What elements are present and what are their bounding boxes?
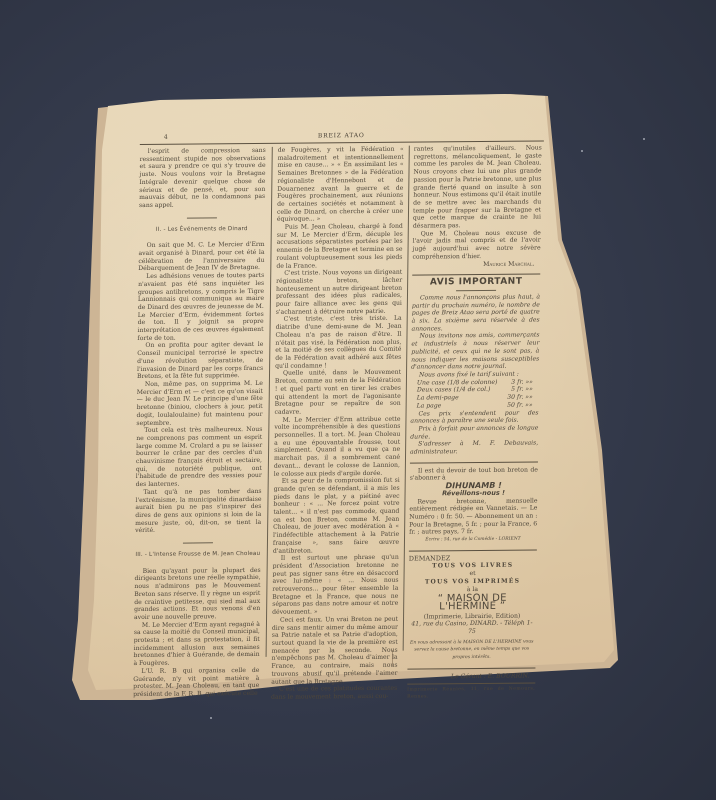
column-2: de Fougères, y vit la Fédération « malad… — [271, 146, 404, 702]
paragraph: Tant qu'à ne pas tomber dans l'extrémism… — [135, 488, 262, 535]
dust-speck — [581, 150, 583, 152]
avis-note: S'adresser à M. F. Debauvais, administra… — [410, 440, 538, 457]
dihunamb-address: Écrire : 54, rue de la Comédie - LORIENT — [409, 536, 537, 545]
box-rule — [407, 667, 535, 669]
paragraph: On en profita pour agiter devant le Cons… — [137, 341, 263, 381]
avis-paragraph: Comme nous l'annonçons plus haut, à part… — [412, 293, 540, 333]
hermine-advert: DEMANDEZ TOUS VOS LIVRES et TOUS VOS IMP… — [408, 554, 537, 662]
rate-item: La page — [417, 402, 442, 410]
gerant-line: Le Gérant : E. BOURRIN. — [407, 672, 529, 681]
author-signature: Maurice Marchal. — [412, 260, 534, 269]
rate-price: 3 fr. »» — [511, 378, 533, 386]
paragraph: de Fougères, y vit la Fédération « malad… — [277, 146, 404, 224]
page-header: 4 BREIZ ATAO — [140, 126, 544, 145]
paragraph: Non, même pas, on supprima M. Le Mercier… — [136, 380, 263, 427]
paragraph: rantes qu'inutiles d'ailleurs. Nous regr… — [413, 144, 542, 230]
column-1: l'esprit de compression sans ressentimen… — [133, 147, 266, 699]
paragraph: Puis M. Jean Choleau, chargé à fond sur … — [276, 223, 403, 270]
rate-item: La demi-page — [417, 394, 459, 402]
rate-price: 5 fr. »» — [511, 386, 533, 394]
paragraph: Il est surtout une phrase qu'un présiden… — [272, 554, 399, 617]
paragraph: M. Le Mercier d'Erm ayant regagné à sa c… — [133, 621, 260, 668]
hermine-note: En vous adressant à la MAISON DE L'HERMI… — [408, 638, 536, 662]
section-title: III. - L'Intense Frousse de M. Jean Chol… — [135, 551, 261, 560]
paragraph: M. Le Mercier d'Erm attribue cette volte… — [274, 415, 401, 478]
paragraph: Bien qu'ayant pour la plupart des dirige… — [134, 567, 261, 622]
paragraph: C'est triste, c'est très triste. La diat… — [275, 315, 402, 370]
avis-note: Ces prix s'entendent pour des annonces à… — [410, 409, 538, 426]
paragraph: On sait que M. C. Le Mercier d'Erm avait… — [138, 241, 264, 273]
dihunamb-advert: Il est du devoir de tout bon breton de s… — [409, 466, 538, 544]
avis-important-box: AVIS IMPORTANT Comme nous l'annonçons pl… — [410, 279, 540, 457]
box-rule — [412, 274, 540, 276]
avis-paragraph: Nous invitons nos amis, commerçants et i… — [411, 332, 539, 372]
paragraph: C'est une de ces platitudes courantes da… — [271, 685, 397, 702]
hermine-line-imprimes: TOUS VOS IMPRIMÉS — [408, 577, 536, 586]
avis-title: AVIS IMPORTANT — [412, 279, 540, 288]
dihunamb-body: Revue bretonne, mensuelle entièrement ré… — [409, 497, 537, 537]
newspaper-sheet: 4 BREIZ ATAO l'esprit de compression san… — [0, 0, 716, 800]
paragraph: Ceci est faux. Un vrai Breton ne peut di… — [271, 616, 398, 686]
paper-crease — [392, 650, 393, 666]
masthead: BREIZ ATAO — [318, 132, 365, 139]
hermine-address: 41, rue du Casino, DINARD. - Téléph 1-75 — [408, 620, 536, 637]
paragraph: Et sa peur de la compromission fut si gr… — [273, 477, 400, 555]
dust-speck — [210, 717, 212, 719]
paragraph: L'U. R. B qui organisa celle de Guérande… — [133, 667, 259, 699]
dust-speck — [643, 138, 645, 140]
box-rule — [409, 549, 537, 551]
section-title: II. - Les Événements de Dinard — [139, 226, 265, 235]
paragraph: C'est triste. Nous voyons un dirigeant r… — [276, 269, 403, 316]
section-separator — [183, 542, 213, 543]
page-number: 4 — [164, 134, 169, 141]
paragraph: Que M. Choleau nous excuse de l'avoir ja… — [412, 229, 540, 261]
newspaper-page: 4 BREIZ ATAO l'esprit de compression san… — [133, 126, 580, 690]
title-underline — [456, 290, 496, 291]
avis-note: Prix à forfait pour annonces de longue d… — [410, 424, 538, 441]
box-rule — [410, 461, 538, 463]
box-rule — [407, 682, 535, 684]
paragraph: Les adhésions venues de toutes parts n'a… — [137, 272, 264, 342]
paragraph: Tout cela est très malheureux. Nous ne c… — [136, 426, 263, 489]
hermine-name: “ MAISON DE L'HERMINE ” — [408, 595, 536, 612]
intro-paragraph: l'esprit de compression sans ressentimen… — [139, 147, 266, 210]
printer-line: Imprimerie Réunies, 11, rue de Nemours, … — [407, 685, 535, 702]
column-3: rantes qu'inutiles d'ailleurs. Nous regr… — [407, 144, 542, 701]
section-separator — [187, 217, 217, 218]
paragraph: Quelle unité, dans le Mouvement Breton, … — [275, 369, 402, 416]
rate-price: 50 fr. »» — [507, 401, 533, 409]
